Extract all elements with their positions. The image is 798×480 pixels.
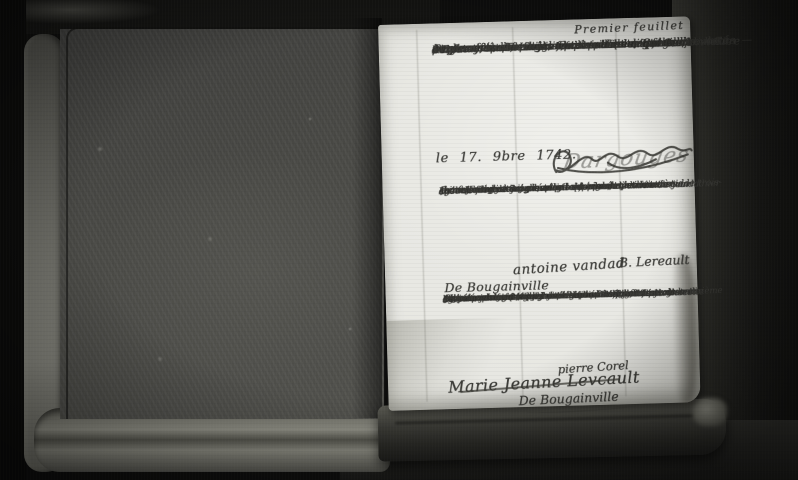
- signature-dargouges: Dargouges: [547, 136, 694, 184]
- cover-crease-line: [66, 27, 384, 419]
- manuscript-line: fait à Epinay les jour, et an que dessus…: [441, 182, 625, 195]
- manuscript-page: Premier feuillet Registres pour servir d…: [378, 16, 701, 411]
- cover-parchment-edge-left: [24, 34, 64, 472]
- signature-flourish-icon: [547, 136, 694, 184]
- manuscript-photo: Premier feuillet Registres pour servir d…: [0, 0, 798, 480]
- photo-background-left: [0, 0, 26, 480]
- handwriting-layer: Premier feuillet Registres pour servir d…: [378, 16, 701, 411]
- signature-antoine-vandad: antoine vandad: [512, 255, 625, 278]
- manuscript-line: et vicomté de paris. fait à paris en nos…: [434, 37, 721, 55]
- book-gutter-shadow: [352, 18, 382, 418]
- page-header: Premier feuillet: [574, 19, 684, 37]
- signature-b-lereault: B. Lereault: [618, 252, 689, 270]
